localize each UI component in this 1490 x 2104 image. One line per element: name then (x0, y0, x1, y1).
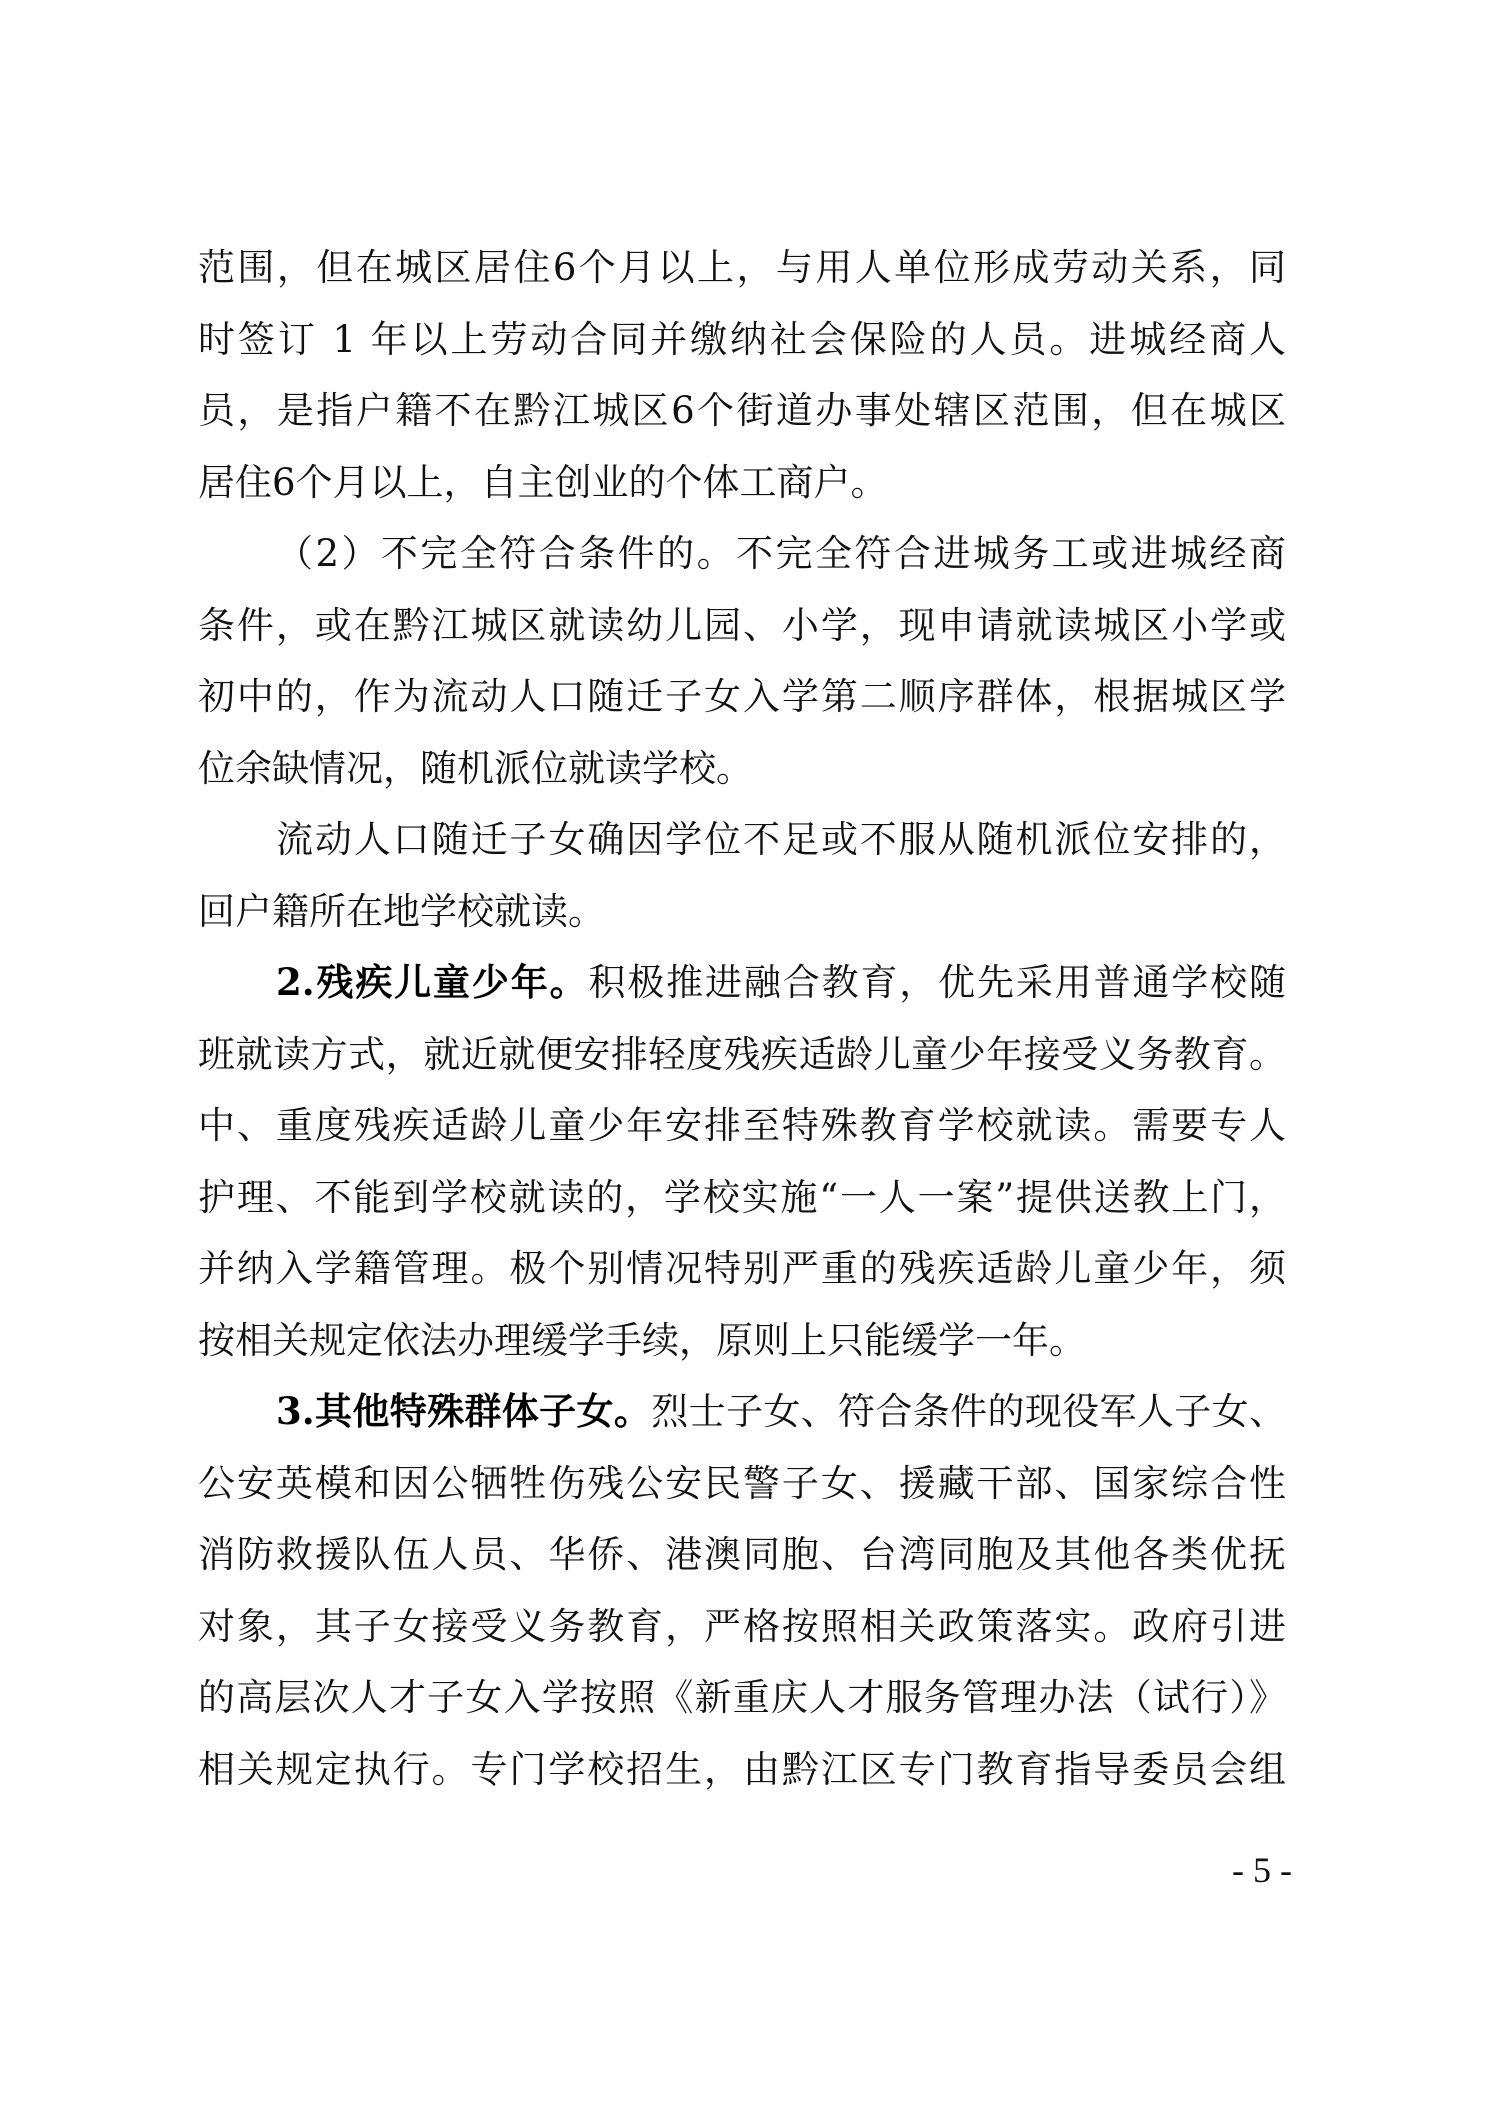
text-span: 烈士子女、符合条件的现役军人子女、 (651, 1390, 1286, 1433)
text-line: 对象，其子女接受义务教育，严格按照相关政策落实。政府引进 (198, 1591, 1286, 1663)
paragraph-disabled-children: 2.残疾儿童少年。积极推进融合教育，优先采用普通学校随 班就读方式，就近就便安排… (198, 947, 1286, 1376)
text-line: 初中的，作为流动人口随迁子女入学第二顺序群体，根据城区学 (198, 661, 1286, 733)
text-line: （2）不完全符合条件的。不完全符合进城务工或进城经商 (198, 518, 1286, 590)
paragraph-special-groups: 3.其他特殊群体子女。烈士子女、符合条件的现役军人子女、 公安英模和因公牺牲伤残… (198, 1376, 1286, 1805)
text-line: 按相关规定依法办理缓学手续，原则上只能缓学一年。 (198, 1305, 1286, 1377)
page-number: - 5 - (1196, 1848, 1292, 1892)
document-page: 范围，但在城区居住6个月以上，与用人单位形成劳动关系，同 时签订 1 年以上劳动… (0, 0, 1490, 2104)
text-line: 范围，但在城区居住6个月以上，与用人单位形成劳动关系，同 (198, 232, 1286, 304)
text-line: 条件，或在黔江城区就读幼儿园、小学，现申请就读城区小学或 (198, 590, 1286, 662)
text-line: 回户籍所在地学校就读。 (198, 876, 1286, 948)
text-line: 居住6个月以上，自主创业的个体工商户。 (198, 447, 1286, 519)
text-line: 位余缺情况，随机派位就读学校。 (198, 733, 1286, 805)
text-line: 3.其他特殊群体子女。烈士子女、符合条件的现役军人子女、 (198, 1376, 1286, 1448)
paragraph-continued: 范围，但在城区居住6个月以上，与用人单位形成劳动关系，同 时签订 1 年以上劳动… (198, 232, 1286, 518)
text-line: 公安英模和因公牺牲伤残公安民警子女、援藏干部、国家综合性 (198, 1448, 1286, 1520)
body-text: 范围，但在城区居住6个月以上，与用人单位形成劳动关系，同 时签订 1 年以上劳动… (198, 232, 1286, 1805)
text-line: 的高层次人才子女入学按照《新重庆人才服务管理办法（试行）》 (198, 1662, 1286, 1734)
text-line: 员，是指户籍不在黔江城区6个街道办事处辖区范围，但在城区 (198, 375, 1286, 447)
text-line: 班就读方式，就近就便安排轻度残疾适龄儿童少年接受义务教育。 (198, 1019, 1286, 1091)
text-line: 消防救援队伍人员、华侨、港澳同胞、台湾同胞及其他各类优抚 (198, 1519, 1286, 1591)
section-heading: 2.残疾儿童少年。 (276, 960, 588, 1004)
paragraph-item-2: （2）不完全符合条件的。不完全符合进城务工或进城经商 条件，或在黔江城区就读幼儿… (198, 518, 1286, 804)
text-span: 积极推进融合教育，优先采用普通学校随 (588, 961, 1286, 1004)
text-line: 时签订 1 年以上劳动合同并缴纳社会保险的人员。进城经商人 (198, 304, 1286, 376)
paragraph-fallback: 流动人口随迁子女确因学位不足或不服从随机派位安排的， 回户籍所在地学校就读。 (198, 804, 1286, 947)
section-heading: 3.其他特殊群体子女。 (276, 1389, 651, 1433)
text-line: 并纳入学籍管理。极个别情况特别严重的残疾适龄儿童少年，须 (198, 1233, 1286, 1305)
text-line: 护理、不能到学校就读的，学校实施“一人一案”提供送教上门， (198, 1162, 1286, 1234)
text-line: 流动人口随迁子女确因学位不足或不服从随机派位安排的， (198, 804, 1286, 876)
text-line: 中、重度残疾适龄儿童少年安排至特殊教育学校就读。需要专人 (198, 1090, 1286, 1162)
text-line: 相关规定执行。专门学校招生，由黔江区专门教育指导委员会组 (198, 1734, 1286, 1806)
text-line: 2.残疾儿童少年。积极推进融合教育，优先采用普通学校随 (198, 947, 1286, 1019)
